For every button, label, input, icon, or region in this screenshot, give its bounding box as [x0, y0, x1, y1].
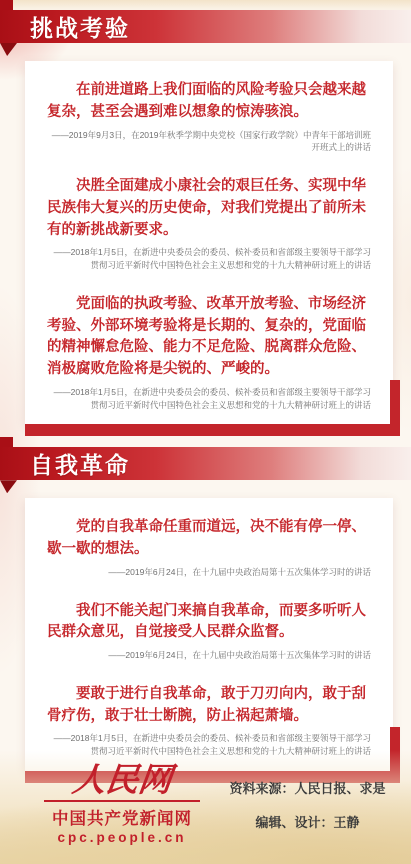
ribbon-fold	[0, 43, 17, 56]
quote-attribution: ——2019年6月24日，在十九届中央政治局第十五次集体学习时的讲话	[47, 566, 371, 579]
card-bottom-accent	[25, 424, 400, 436]
credits-block: 资料来源：人民日报、求是 编辑、设计：王静	[210, 778, 405, 831]
quote-block: 在前进道路上我们面临的风险考验只会越来越复杂，甚至会遇到难以想象的惊涛骇浪。 —…	[47, 80, 371, 154]
quote-text: 在前进道路上我们面临的风险考验只会越来越复杂，甚至会遇到难以想象的惊涛骇浪。	[47, 80, 371, 124]
quote-block: 党面临的执政考验、改革开放考验、市场经济考验、外部环境考验将是长期的、复杂的，党…	[47, 294, 371, 412]
quote-text: 我们不能关起门来搞自我革命，而要多听听人民群众意见，自觉接受人民群众监督。	[47, 601, 371, 645]
section-title-self-revolution: 自我革命	[0, 447, 130, 480]
editor-credit: 编辑、设计：王静	[210, 812, 405, 831]
poster-page: 挑战考验 在前进道路上我们面临的风险考验只会越来越复杂，甚至会遇到难以想象的惊涛…	[0, 0, 411, 864]
ribbon-tab	[0, 0, 13, 10]
quote-attribution: ——2019年6月24日，在十九届中央政治局第十五次集体学习时的讲话	[47, 649, 371, 662]
quote-card-challenges: 在前进道路上我们面临的风险考验只会越来越复杂，甚至会遇到难以想象的惊涛骇浪。 —…	[25, 61, 393, 424]
quote-attribution: ——2019年9月3日，在2019年秋季学期中央党校（国家行政学院）中青年干部培…	[47, 129, 371, 155]
people-net-logo: 人民网 中国共产党新闻网 cpc.people.cn	[34, 763, 210, 846]
logo-domain: cpc.people.cn	[34, 830, 210, 845]
footer-content: 人民网 中国共产党新闻网 cpc.people.cn 资料来源：人民日报、求是 …	[0, 750, 411, 864]
ribbon-fold	[0, 480, 17, 493]
footer: 人民网 中国共产党新闻网 cpc.people.cn 资料来源：人民日报、求是 …	[0, 750, 411, 864]
source-credit: 资料来源：人民日报、求是	[210, 778, 405, 797]
quote-attribution: ——2018年1月5日，在新进中央委员会的委员、候补委员和省部级主要领导干部学习…	[47, 246, 371, 272]
quote-text: 要敢于进行自我革命，敢于刀刃向内，敢于刮骨疗伤，敢于壮士断腕，防止祸起萧墙。	[47, 684, 371, 728]
ribbon-band: 挑战考验	[0, 10, 411, 43]
logo-site-name: 中国共产党新闻网	[34, 805, 210, 829]
section-banner-self-revolution: 自我革命	[0, 447, 411, 480]
quote-block: 要敢于进行自我革命，敢于刀刃向内，敢于刮骨疗伤，敢于壮士断腕，防止祸起萧墙。 —…	[47, 684, 371, 758]
quote-text: 党的自我革命任重而道远，决不能有停一停、歇一歇的想法。	[47, 517, 371, 561]
section-banner-challenges: 挑战考验	[0, 10, 411, 43]
quote-text: 党面临的执政考验、改革开放考验、市场经济考验、外部环境考验将是长期的、复杂的，党…	[47, 294, 371, 381]
ribbon-tab	[0, 437, 13, 447]
section-title-challenges: 挑战考验	[0, 10, 130, 43]
ribbon-band: 自我革命	[0, 447, 411, 480]
quote-block: 决胜全面建成小康社会的艰巨任务、实现中华民族伟大复兴的历史使命，对我们党提出了前…	[47, 176, 371, 272]
logo-divider	[44, 800, 200, 802]
logo-calligraphy-text: 人民网	[32, 763, 212, 798]
quote-card-self-revolution: 党的自我革命任重而道远，决不能有停一停、歇一歇的想法。 ——2019年6月24日…	[25, 498, 393, 771]
quote-text: 决胜全面建成小康社会的艰巨任务、实现中华民族伟大复兴的历史使命，对我们党提出了前…	[47, 176, 371, 241]
quote-attribution: ——2018年1月5日，在新进中央委员会的委员、候补委员和省部级主要领导干部学习…	[47, 386, 371, 412]
quote-block: 我们不能关起门来搞自我革命，而要多听听人民群众意见，自觉接受人民群众监督。 ——…	[47, 601, 371, 662]
quote-block: 党的自我革命任重而道远，决不能有停一停、歇一歇的想法。 ——2019年6月24日…	[47, 517, 371, 578]
